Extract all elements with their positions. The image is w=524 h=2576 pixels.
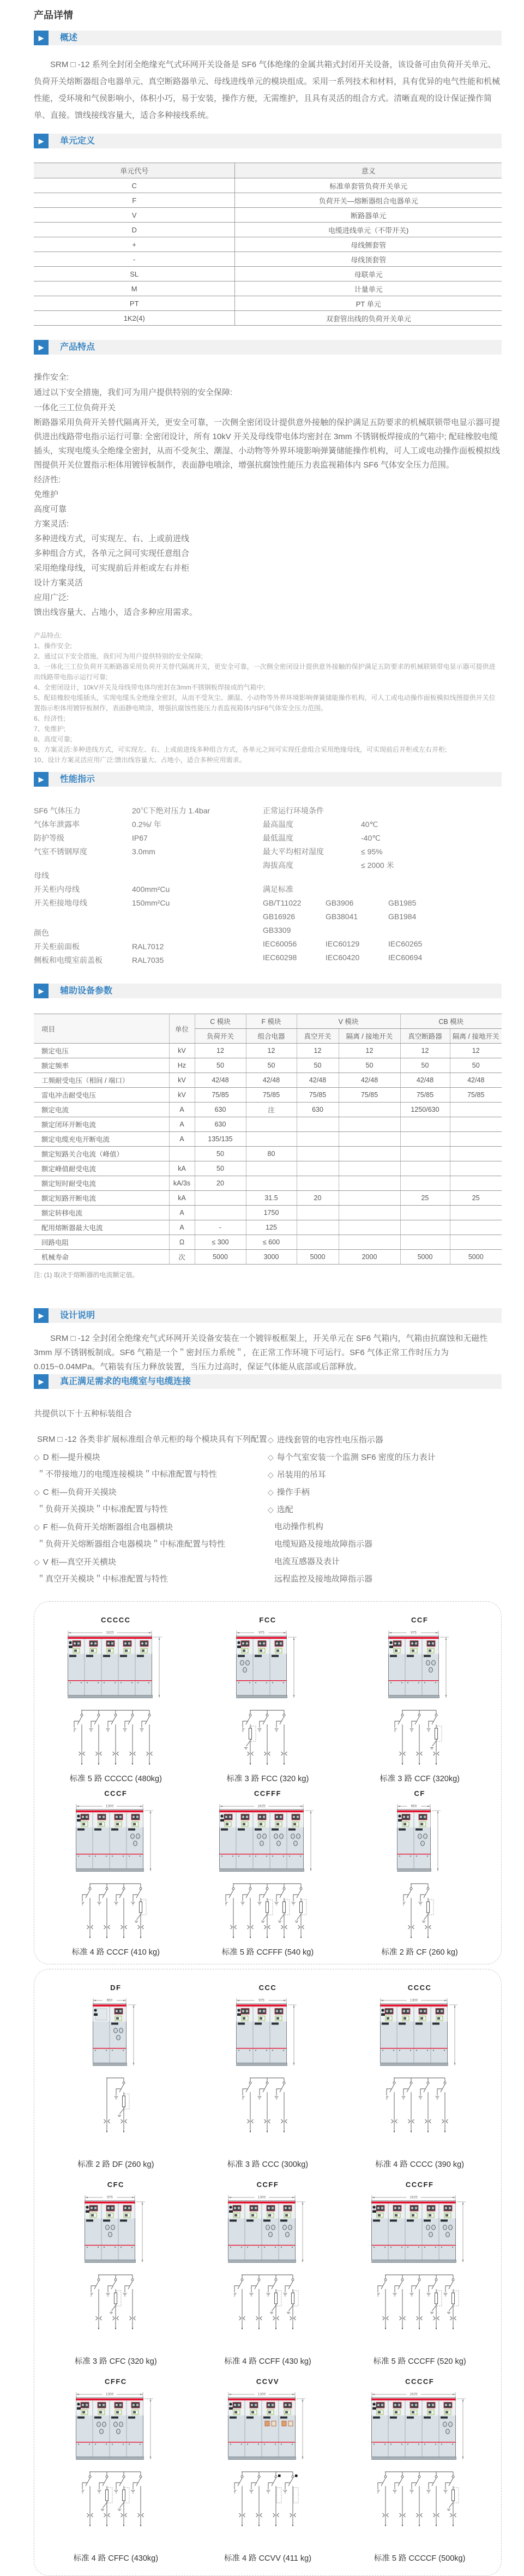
feature-line: 多种组合方式，各单元之间可实现任意组合 (34, 546, 502, 561)
cabinet-drawing: 650 (93, 1996, 138, 2071)
param-value-cell (169, 1147, 195, 1161)
unit-code-cell: V (34, 208, 235, 223)
table-row: 额定电缆充电开断电流A135/135 (34, 1132, 502, 1147)
product-detail-page: 产品详情 ▶ 概述 SRM □ -12 系列全封闭全绝缘充气式环网开关设备是 S… (0, 0, 524, 2576)
product-type-label: CCCFF (406, 2180, 434, 2189)
column-header: 单位 (169, 1014, 195, 1044)
feature-small-item: 产品特点: (34, 631, 502, 641)
cabinet-front-view-image: 975 (236, 1996, 299, 2068)
config-item: 电缆短路及接地故障指示器 (268, 1536, 502, 1553)
unit-code-cell: F (34, 193, 235, 208)
standard-code: IEC60056 (263, 937, 326, 951)
product-card: DF 650 标准 2 路 DF (260 kg) (40, 1984, 192, 2172)
param-value-cell: 50 (246, 1058, 297, 1073)
table-row: D电缆进线单元（不带开关) (34, 223, 502, 237)
param-value-cell (400, 1147, 450, 1161)
param-value-cell: 42/48 (450, 1073, 502, 1088)
product-type-label: CFC (107, 2180, 124, 2189)
param-value-cell: 20 (195, 1176, 246, 1191)
feature-small-item: 1、操作安全; (34, 641, 502, 651)
param-value-cell: 630 (195, 1117, 246, 1132)
unit-meaning-cell: 电缆进线单元（不带开关) (235, 223, 502, 237)
section-header-design-notes: ▶ 设计说明 (34, 1308, 502, 1323)
param-value-cell: 20 (297, 1191, 339, 1206)
unit-code-cell: D (34, 223, 235, 237)
feature-line: 馈出线容量大、占地小，适合多种应用需求。 (34, 605, 502, 620)
diamond-icon: ◇ (268, 1488, 274, 1496)
param-value-cell (400, 1117, 450, 1132)
param-value-cell: 25 (450, 1191, 502, 1206)
play-icon: ▶ (34, 31, 49, 45)
param-value-cell (297, 1220, 339, 1235)
table-row: M计量单元 (34, 281, 502, 296)
param-value-cell: 125 (246, 1220, 297, 1235)
config-item: ＂负荷开关熔断器组合电器模块＂中标准配置与特性 (34, 1536, 268, 1553)
table-row: 额定电压kV121212121212 (34, 1044, 502, 1058)
cabinet-front-view-image: 1300 (380, 1996, 460, 2068)
config-list-left: SRM □ -12 各类非扩展标准组合单元柜的每个模块具有下列配置◇D 柜—提升… (34, 1431, 268, 1588)
wiring-schematic-image (74, 1706, 158, 1770)
param-value-cell: kV (169, 1044, 195, 1058)
features-paragraph: 断路器采用负荷开关替代隔离开关，更安全可靠，一次侧全密闭设计提供意外接触的保护满… (34, 416, 502, 472)
perf-label: 满足标准 (263, 883, 361, 896)
cabinet-front-view-image: 1300 (228, 2390, 308, 2462)
product-type-label: FCC (259, 1616, 276, 1624)
play-icon: ▶ (34, 1308, 49, 1323)
perf-group-heading: 满足标准 (263, 883, 502, 896)
column-header: C 模块 (195, 1014, 246, 1029)
unit-meaning-cell: 母线顶套管 (235, 252, 502, 267)
cabinet-front-view-image: 975 (85, 2193, 147, 2265)
config-item: ◇选配 (268, 1501, 502, 1518)
perf-row: 开关柜前面板RAL7012 (34, 940, 263, 954)
feature-line: 经济性: (34, 472, 502, 487)
section-header-unit-definition: ▶ 单元定义 (34, 134, 502, 148)
perf-value: ≤ 2000 米 (361, 859, 502, 872)
config-item: ＂负荷开关摸块＂中标准配置与特性 (34, 1501, 268, 1518)
perf-label: 开关柜前面板 (34, 940, 132, 954)
table-row: 回路电阻Ω≤ 300≤ 600 (34, 1235, 502, 1250)
product-card: CCF 975 标准 3 路 CCF (320kg) (344, 1616, 496, 1781)
config-item: ◇D 柜—提升模块 (34, 1448, 268, 1466)
param-value-cell: 5000 (297, 1250, 339, 1265)
perf-group-heading: 颜色 (34, 926, 263, 940)
feature-small-item: 8、高度可靠; (34, 734, 502, 745)
table-row: F负荷开关—熔断器组合电器单元 (34, 193, 502, 208)
diamond-icon: ◇ (34, 1488, 40, 1496)
standard-code: GB3309 (263, 924, 326, 937)
perf-label: 正常运行环境条件 (263, 804, 361, 818)
standard-code: GB3906 (326, 896, 388, 910)
section-header-performance: ▶ 性能指示 (34, 772, 502, 787)
features-lines-2: 经济性:免维护高度可靠方案灵活:多种进线方式，可实现左、右、上或前进线多种组合方… (34, 472, 502, 620)
cabinet-drawing: 1300 (228, 2390, 308, 2465)
product-type-label: CCVV (256, 2377, 279, 2386)
product-caption: 标准 4 路 CCVV (411 kg) (224, 2552, 311, 2566)
param-value-cell: 50 (400, 1058, 450, 1073)
param-value-cell: ≤ 600 (246, 1235, 297, 1250)
feature-small-item: 10、设计方案灵活应用广泛:馈出线容量大、占地小，适合多种应用需求。 (34, 755, 502, 765)
cabinet-front-view-image: 1300 (76, 2390, 155, 2462)
param-value-cell (450, 1220, 502, 1235)
cabinet-drawing: 975 (85, 2193, 147, 2268)
param-value-cell: 12 (400, 1044, 450, 1058)
cabinet-front-view-image: 975 (388, 1628, 451, 1700)
standard-code: GB1984 (388, 910, 451, 924)
config-item: ◇进线套管的电容性电压指示器 (268, 1431, 502, 1448)
standard-code: IEC60298 (263, 951, 326, 964)
svg-text:975: 975 (411, 1631, 417, 1635)
section-title: 产品特点 (49, 340, 95, 355)
circuit-diagram (99, 2074, 132, 2140)
svg-text:650: 650 (107, 1999, 113, 2003)
param-name-cell: 额定转移电流 (34, 1206, 169, 1220)
circuit-diagram (225, 1880, 310, 1946)
table-row: C标准单套管负荷开关单元 (34, 178, 502, 193)
standards-row: GB/T11022GB3906GB1985 (263, 896, 502, 910)
product-card: CCCFF 1625 标准 5 路 CCCFF (520 kg) (344, 2180, 496, 2369)
column-subheader: 隔离 / 接地开关 (339, 1029, 400, 1044)
param-value-cell (450, 1161, 502, 1176)
unit-definition-table: 单元代号意义C标准单套管负荷开关单元F负荷开关—熔断器组合电器单元V断路器单元D… (34, 163, 502, 326)
config-list-right: ◇进线套管的电容性电压指示器◇每个气室安装一个监测 SF6 密度的压力表计◇吊装… (268, 1431, 502, 1588)
perf-row: 开关柜内母线400mm²Cu (34, 883, 263, 896)
config-item: 远程监控及接地故障指示器 (268, 1571, 502, 1588)
product-caption: 标准 5 路 CCCCF (500kg) (374, 2552, 466, 2566)
performance-left-column: SF6 气体压力20℃下绝对压力 1.4bar气体年泄露率0.2%/ 年防护等级… (34, 804, 263, 967)
param-value-cell (246, 1176, 297, 1191)
wiring-schematic-image (386, 2074, 454, 2137)
perf-row: SF6 气体压力20℃下绝对压力 1.4bar (34, 804, 263, 818)
param-name-cell: 额定短时耐受电流 (34, 1176, 169, 1191)
param-value-cell: Hz (169, 1058, 195, 1073)
config-item: ＂不带接地刀的电缆连接模块＂中标准配置与特性 (34, 1466, 268, 1483)
param-value-cell: 12 (339, 1044, 400, 1058)
table-footnote: 注: (1) 取决于熔断器的电流额定值。 (34, 1270, 502, 1280)
perf-value: IP67 (132, 831, 263, 845)
param-value-cell (400, 1220, 450, 1235)
config-item: ◇C 柜—负荷开关摸块 (34, 1483, 268, 1501)
param-value-cell: 42/48 (195, 1073, 246, 1088)
table-row: 雷电冲击耐受电压kV75/8575/8575/8575/8575/8575/85 (34, 1088, 502, 1103)
param-value-cell: 25 (400, 1191, 450, 1206)
feature-line: 设计方案灵活 (34, 576, 502, 590)
perf-group-heading: 正常运行环境条件 (263, 804, 502, 818)
param-value-cell: 135/135 (195, 1132, 246, 1147)
param-value-cell (195, 1206, 246, 1220)
wiring-schematic-image (91, 2271, 141, 2334)
perf-label: 海拔高度 (263, 859, 361, 872)
svg-text:1625: 1625 (409, 2393, 418, 2397)
product-card: CCCCC 1625 标准 5 路 CCCCC (480kg) (40, 1616, 192, 1781)
svg-text:1300: 1300 (106, 2393, 114, 2397)
param-value-cell (450, 1147, 502, 1161)
param-value-cell: 42/48 (246, 1073, 297, 1088)
cabinet-front-view-image: 1625 (371, 2193, 468, 2265)
cabinet-drawing: 1300 (76, 2390, 155, 2465)
param-value-cell (246, 1161, 297, 1176)
param-value-cell: 75/85 (339, 1088, 400, 1103)
feature-small-item: 3、一体化三工位负荷开关断路器采用负荷开关替代隔离开关，更安全可靠，一次侧全密闭… (34, 662, 502, 682)
aux-parameters-table: 项目 单位 C 模块 F 模块 V 模块 CB 模块负荷开关组合电器真空开关隔离… (34, 1014, 502, 1265)
cabinet-drawing: 1625 (371, 2193, 468, 2268)
param-value-cell: 2000 (339, 1250, 400, 1265)
perf-value: 3.0mm (132, 845, 263, 859)
standard-code: GB/T11022 (263, 896, 326, 910)
wiring-schematic-image (234, 2468, 302, 2531)
param-value-cell: 1250/630 (400, 1103, 450, 1117)
unit-meaning-cell: 母线侧套管 (235, 237, 502, 252)
feature-line: 应用广泛: (34, 590, 502, 605)
table-row: 额定短路关合电流（峰值）5080 (34, 1147, 502, 1161)
cabinet-drawing: 1625 (68, 1628, 164, 1703)
config-item: 电动操作机构 (268, 1518, 502, 1536)
wiring-schematic-image (99, 2074, 132, 2137)
feature-line: 一体化三工位负荷开关 (34, 400, 502, 416)
unit-code-cell: - (34, 252, 235, 267)
circuit-diagram (82, 2468, 149, 2534)
product-type-label: CCCF (104, 1789, 127, 1798)
column-header: F 模块 (246, 1014, 297, 1029)
svg-text:975: 975 (259, 1999, 265, 2003)
cabinet-front-view-image: 1300 (228, 2193, 308, 2265)
param-value-cell (246, 1132, 297, 1147)
feature-small-item: 9、方案灵活:多种进线方式，可实现左、右、上或前进线多种组合方式，各单元之间可实… (34, 745, 502, 755)
param-value-cell: 12 (450, 1044, 502, 1058)
feature-line: 多种进线方式，可实现左、右、上或前进线 (34, 531, 502, 546)
unit-code-cell: + (34, 237, 235, 252)
param-value-cell: 75/85 (297, 1088, 339, 1103)
svg-text:1625: 1625 (106, 1631, 114, 1635)
section-title: 单元定义 (49, 134, 95, 148)
param-name-cell: 额定峰值耐受电流 (34, 1161, 169, 1176)
perf-label: 气室不锈钢厚度 (34, 845, 132, 859)
standards-row: GB16926GB38041GB1984 (263, 910, 502, 924)
param-value-cell: 75/85 (246, 1088, 297, 1103)
perf-row: 海拔高度≤ 2000 米 (263, 859, 502, 872)
product-caption: 标准 4 路 CCCF (410 kg) (72, 1946, 160, 1960)
cabinet-drawing: 975 (388, 1628, 451, 1703)
perf-label: 开关柜内母线 (34, 883, 132, 896)
wiring-schematic-image (377, 2271, 462, 2334)
param-name-cell: 额定短路关合电流（峰值） (34, 1147, 169, 1161)
product-type-label: CCFF (257, 2180, 279, 2189)
param-value-cell (339, 1235, 400, 1250)
param-value-cell: kA/3s (169, 1176, 195, 1191)
param-value-cell: A (169, 1206, 195, 1220)
perf-label: 母线 (34, 869, 132, 883)
perf-group-heading: 母线 (34, 869, 263, 883)
unit-meaning-cell: 负荷开关—熔断器组合电器单元 (235, 193, 502, 208)
param-value-cell (297, 1132, 339, 1147)
product-card: CF 650 标准 2 路 CF (260 kg) (344, 1789, 496, 1954)
svg-text:1625: 1625 (409, 2196, 418, 2200)
param-value-cell: kV (169, 1088, 195, 1103)
feature-line: 操作安全: (34, 370, 502, 385)
cabinet-drawing: 1625 (371, 2390, 468, 2465)
config-item: SRM □ -12 各类非扩展标准组合单元柜的每个模块具有下列配置 (34, 1431, 268, 1448)
param-value-cell (339, 1117, 400, 1132)
product-type-label: CCF (411, 1616, 428, 1624)
wiring-schematic-image (82, 2468, 149, 2531)
param-value-cell (450, 1103, 502, 1117)
perf-value: 400mm²Cu (132, 883, 263, 896)
perf-row: 气室不锈钢厚度3.0mm (34, 845, 263, 859)
cabinet-drawing: 975 (236, 1628, 299, 1703)
unit-meaning-cell: 断路器单元 (235, 208, 502, 223)
param-value-cell: 50 (450, 1058, 502, 1073)
config-item: ◇V 柜—真空开关横块 (34, 1553, 268, 1571)
param-value-cell: 42/48 (297, 1073, 339, 1088)
product-caption: 标准 5 路 CCCFF (520 kg) (374, 2355, 466, 2369)
product-card: CFC 975 标准 3 路 CFC (320 kg) (40, 2180, 192, 2369)
config-item: 电流互感器及表计 (268, 1553, 502, 1571)
play-icon: ▶ (34, 984, 49, 998)
standards-row: IEC60298IEC60420IEC60694 (263, 951, 502, 964)
table-row: -母线顶套管 (34, 252, 502, 267)
cabinet-drawing: 975 (236, 1996, 299, 2071)
perf-row: 最低温度-40℃ (263, 831, 502, 845)
wiring-schematic-image (403, 1880, 437, 1943)
product-caption: 标准 3 路 FCC (320 kg) (227, 1772, 309, 1786)
param-value-cell: Ω (169, 1235, 195, 1250)
perf-value: RAL7012 (132, 940, 263, 954)
table-row: 机械寿命次500030005000200050005000 (34, 1250, 502, 1265)
param-name-cell: 额定频率 (34, 1058, 169, 1073)
table-row: 额定峰值耐受电流kA50 (34, 1161, 502, 1176)
diamond-icon: ◇ (34, 1557, 40, 1566)
perf-row: 开关柜接地母线150mm²Cu (34, 896, 263, 910)
table-header-row: 单元代号意义 (34, 163, 502, 178)
param-value-cell (400, 1176, 450, 1191)
cabinet-drawing: 1300 (76, 1802, 155, 1877)
standards-row: GB3309 (263, 924, 502, 937)
product-type-label: CF (414, 1789, 425, 1798)
table-row: 额定电流A630注6301250/630 (34, 1103, 502, 1117)
param-value-cell: 50 (297, 1058, 339, 1073)
cabinet-front-view-image: 650 (93, 1996, 138, 2068)
combinations-intro: 共提供以下十五种标装组合 (34, 1407, 502, 1419)
wiring-schematic-image (394, 1706, 445, 1770)
perf-row: 气体年泄露率0.2%/ 年 (34, 818, 263, 831)
wiring-schematic-image (82, 1880, 149, 1943)
section-title: 真正满足需求的电缆室与电缆连接 (49, 1374, 191, 1389)
product-card: CCCCF 1625 标准 5 路 CCCCF (500kg) (344, 2377, 496, 2566)
circuit-diagram (242, 2074, 293, 2140)
param-value-cell (297, 1176, 339, 1191)
design-paragraph: SRM □ -12 全封闭全绝缘充气式环网开关设备安装在一个镀锌板框架上，开关单… (34, 1332, 502, 1374)
perf-label: 防护等级 (34, 831, 132, 845)
param-value-cell: 50 (195, 1058, 246, 1073)
config-item: ◇每个气室安装一个监测 SF6 密度的压力表计 (268, 1448, 502, 1466)
perf-row: 最高温度40℃ (263, 818, 502, 831)
feature-line: 免维护 (34, 487, 502, 502)
perf-value: ≤ 95% (361, 845, 502, 859)
config-item: ◇F 柜—负荷开关熔断器组合电器横块 (34, 1518, 268, 1536)
param-value-cell (400, 1206, 450, 1220)
spacer (263, 872, 502, 883)
standard-code: IEC60265 (388, 937, 451, 951)
product-card: CCFFF 1625 标准 5 路 CCFFF (540 kg) (192, 1789, 344, 1954)
circuit-diagram (403, 1880, 437, 1946)
param-name-cell: 额定短路开断电流 (34, 1191, 169, 1206)
param-value-cell: 12 (195, 1044, 246, 1058)
feature-small-item: 4、全密闭设计，10kV开关及母线带电体均密封在3mm不锈钢板焊接成的气箱中; (34, 682, 502, 693)
product-caption: 标准 3 路 CFC (320 kg) (75, 2355, 157, 2369)
cabinet-front-view-image: 975 (236, 1628, 299, 1700)
unit-code-cell: M (34, 281, 235, 296)
table-row: 额定闭环开断电流A630 (34, 1117, 502, 1132)
svg-text:650: 650 (411, 1805, 417, 1808)
unit-meaning-cell: PT 单元 (235, 296, 502, 311)
param-value-cell: 75/85 (450, 1088, 502, 1103)
product-caption: 标准 3 路 CCF (320kg) (380, 1772, 460, 1786)
param-value-cell (339, 1161, 400, 1176)
svg-text:1300: 1300 (258, 2393, 266, 2397)
table-row: 额定频率Hz505050505050 (34, 1058, 502, 1073)
param-value-cell: 12 (297, 1044, 339, 1058)
product-card: CCVV 1300 标准 4 路 CCVV (411 kg) (192, 2377, 344, 2566)
section-title: 概述 (49, 31, 77, 45)
perf-label: 最大平均相对湿度 (263, 845, 361, 859)
unit-meaning-cell: 双套管出线的负荷开关单元 (235, 311, 502, 326)
product-group-1: CCCCC 1625 标准 5 路 CCCCC (480kg) FCC 975 … (34, 1601, 502, 1964)
spacer (34, 859, 263, 869)
wiring-schematic-image (377, 2468, 462, 2531)
param-value-cell: 42/48 (339, 1073, 400, 1088)
product-caption: 标准 4 路 CCCC (390 kg) (375, 2158, 464, 2172)
cabinet-front-view-image: 1300 (76, 1802, 155, 1874)
features-lines: 操作安全:通过以下安全措施，我们可为用户提供特别的安全保障:一体化三工位负荷开关 (34, 370, 502, 416)
svg-text:1625: 1625 (258, 1805, 266, 1808)
perf-value: 0.2%/ 年 (132, 818, 263, 831)
diamond-icon: ◇ (268, 1435, 274, 1444)
param-value-cell: kA (169, 1161, 195, 1176)
param-value-cell: 31.5 (246, 1191, 297, 1206)
param-value-cell: 注 (246, 1103, 297, 1117)
perf-row: 最大平均相对湿度≤ 95% (263, 845, 502, 859)
wiring-schematic-image (234, 2271, 302, 2334)
feature-line: 通过以下安全措施，我们可为用户提供特别的安全保障: (34, 385, 502, 400)
param-value-cell: kV (169, 1073, 195, 1088)
column-header: 项目 (34, 1014, 169, 1044)
circuit-diagram (234, 2468, 302, 2534)
param-value-cell (246, 1117, 297, 1132)
section-header-aux-parameters: ▶ 辅助设备参数 (34, 984, 502, 998)
param-value-cell: 5000 (400, 1250, 450, 1265)
param-value-cell (297, 1235, 339, 1250)
unit-meaning-cell: 标准单套管负荷开关单元 (235, 178, 502, 193)
config-item: ◇吊装用的吊耳 (268, 1466, 502, 1483)
param-value-cell: 630 (297, 1103, 339, 1117)
param-name-cell: 额定闭环开断电流 (34, 1117, 169, 1132)
param-value-cell: A (169, 1220, 195, 1235)
cabinet-drawing: 1300 (380, 1996, 460, 2071)
column-subheader: 组合电器 (246, 1029, 297, 1044)
circuit-diagram (234, 2271, 302, 2337)
product-card: FCC 975 标准 3 路 FCC (320 kg) (192, 1616, 344, 1781)
param-value-cell: kA (169, 1191, 195, 1206)
product-caption: 标准 2 路 CF (260 kg) (382, 1946, 458, 1960)
section-title: 辅助设备参数 (49, 984, 112, 998)
perf-row: 防护等级IP67 (34, 831, 263, 845)
performance-block: SF6 气体压力20℃下绝对压力 1.4bar气体年泄露率0.2%/ 年防护等级… (34, 804, 502, 967)
product-type-label: DF (110, 1984, 121, 1992)
param-name-cell: 工频耐受电压（相间 / 端口） (34, 1073, 169, 1088)
table-row: 额定短路开断电流kA31.5202525 (34, 1191, 502, 1206)
config-item: ◇操作手柄 (268, 1483, 502, 1501)
product-group-2: DF 650 标准 2 路 DF (260 kg) CCC 975 标准 3 路… (34, 1969, 502, 2576)
